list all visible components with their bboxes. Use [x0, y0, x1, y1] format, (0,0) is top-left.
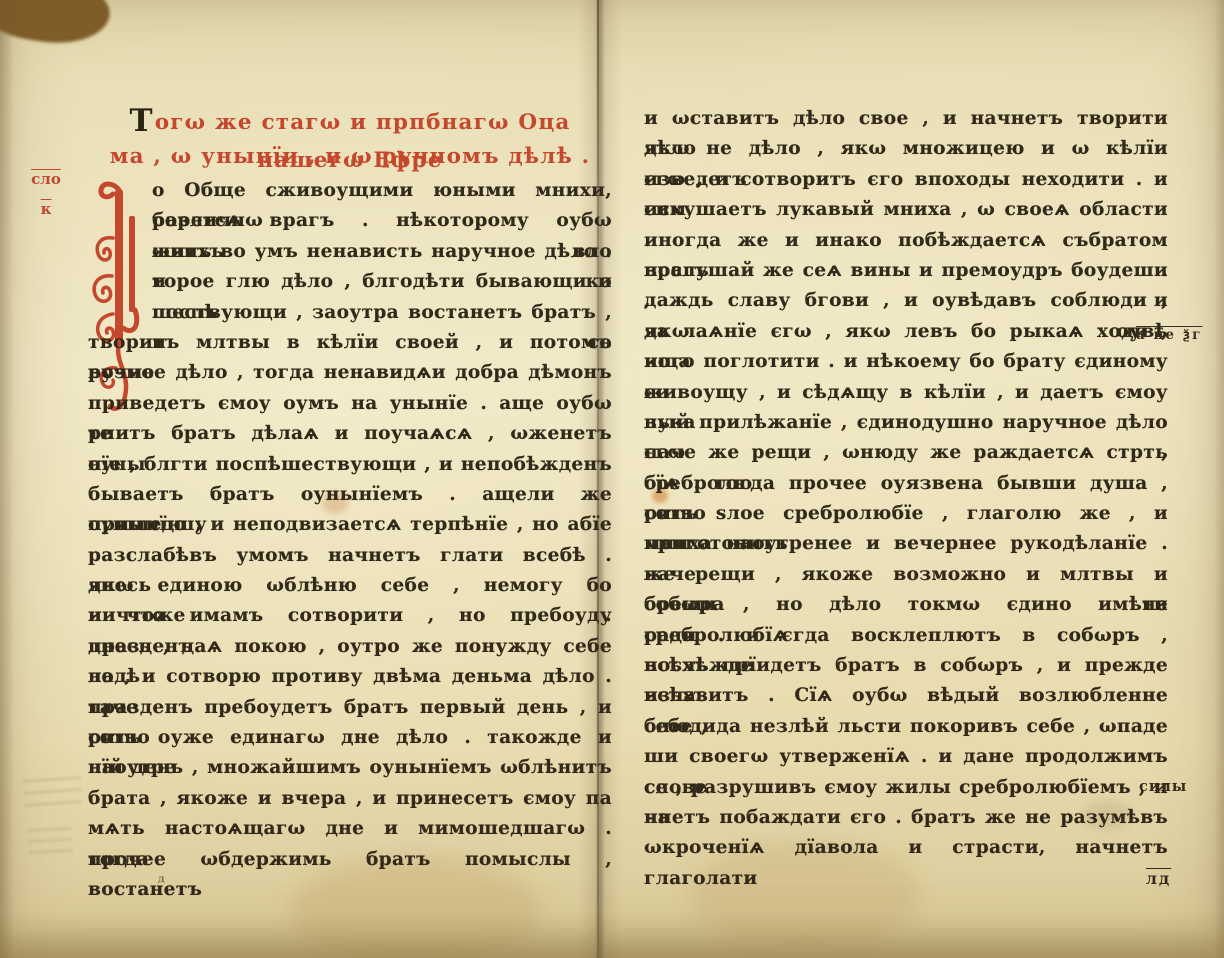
text-line: ради . и єгда восклеплютъ в собωръ , пос…	[644, 621, 1168, 651]
text-line: ритъ оуже единагω дне дѣло . такожде и н…	[88, 723, 612, 753]
margin-note-chapter: сло к	[20, 164, 72, 224]
text-line: чнетъ побаждати єго . братъ же не разумѣ…	[644, 803, 1168, 833]
text-line: разслабѣвъ умомъ начнетъ глати всебѣ . д…	[88, 541, 612, 571]
right-page-text: и ωставитъ дѣло свое , и начнетъ творити…	[644, 104, 1168, 864]
text-line: бываетъ братъ оунынїемъ . ащели же прише…	[88, 480, 612, 510]
text-line: приведетъ ємоу оумъ на унынїе . аще оубω…	[88, 389, 612, 419]
text-line: нїй день , множайшимъ оунынїемъ ωблѣнитъ	[88, 753, 612, 783]
text-line: шествующи , заоутра востанетъ братъ , и …	[88, 298, 612, 328]
text-line: брата , якоже и вчера , и принесетъ ємоу…	[88, 784, 612, 814]
text-line: мѧть настоѧщагω дне и мимошедшагω . тогд…	[88, 814, 612, 844]
text-line: иногда же и инако побѣждаетсѧ събратом в…	[644, 226, 1168, 256]
text-line: боретсѧ врагъ . нѣкоторому оубω ωнихъ вл…	[88, 206, 612, 236]
text-line: да лаѧнїе єгω , якω левъ бо рыкаѧ ходи ,…	[644, 317, 1168, 347]
left-page: Тогω же стагω и прпбнагω Оца нашегω Ефре…	[88, 102, 612, 174]
text-line: якω не дѣло , якω множицею и ω кѣлїи изв…	[644, 134, 1168, 164]
show-through-mark	[27, 827, 72, 855]
text-line: послушай же сеѧ вины и премоудръ боудеши…	[644, 256, 1168, 286]
margin-note-reference: а пе ѯг	[1136, 327, 1202, 343]
text-line: кого поглотити . и нѣкоему бо брату єдин…	[644, 347, 1168, 377]
text-line: ши своегω утверженїѧ . и дане продолжимъ…	[644, 742, 1168, 772]
chapter-number: к	[20, 194, 72, 224]
text-line: оунынїю , и неподвизаетсѧ терпѣнїе , но …	[88, 510, 612, 540]
text-line: даждь славу бгови , и оувѣдавъ соблюди ,…	[644, 286, 1168, 316]
margin-note-correction: силы	[1139, 778, 1187, 795]
text-line: мниха наоутренее и вечернее рукодѣланїе …	[644, 529, 1168, 559]
text-line: прочее ωбдержимь братъ помыслы , востане…	[88, 845, 612, 875]
text-line: излазитъ . Сїѧ оубω вѣдый возлюбленне бл…	[644, 681, 1168, 711]
chapter-word: сло	[20, 164, 72, 194]
text-line: ωкроченїѧ дїавола и страсти, начнетъ гла…	[644, 833, 1168, 863]
folio-number: лд	[1146, 869, 1171, 888]
text-line: о Обще сживоущими юными мнихи, различнω	[88, 176, 612, 206]
text-line: се , разрушивъ ємоу жилы сребролюбїемъ ,…	[644, 773, 1168, 803]
text-line: житъ во умъ ненависть наручное дѣло . и …	[88, 237, 612, 267]
text-line: себе , да незлѣй льсти покоривъ себе , ω…	[644, 712, 1168, 742]
text-line: якω единою ωблѣню себе , немогу бо ничто…	[88, 571, 612, 601]
text-line: искушаетъ лукавый мниха , ω своеѧ област…	[644, 195, 1168, 225]
text-line: вый прилѣжанїе , єдинодушно наручное дѣл…	[644, 408, 1168, 438]
text-line: ло , и сотворю противу двѣма деньма дѣло…	[88, 662, 612, 692]
corner-stain	[0, 0, 115, 53]
quire-mark: д	[158, 874, 165, 885]
text-line: и что имамъ сотворити , но пребоуду праз…	[88, 601, 612, 631]
text-line: рпитъ братъ дѣлаѧ и поучаѧсѧ , ωженетъ о…	[88, 419, 612, 449]
chapter-heading-line-2: ма , ω унынїи , и ω ручномъ дѣлѣ .	[88, 140, 612, 174]
text-line: празденъ пребоудетъ братъ первый день , …	[88, 693, 612, 723]
heading-initial: Т	[129, 103, 154, 139]
text-line: єгω , и сотворитъ єго впоходы неходити .…	[644, 165, 1168, 195]
show-through-mark	[23, 776, 83, 814]
text-line: ритъ ѕлое сребролюбїе , глаголю же , и п…	[644, 499, 1168, 529]
text-line: и ωставитъ дѣло свое , и начнетъ творити…	[644, 104, 1168, 134]
text-line: брещи , но дѣло токмω єдино имѣти сребро…	[644, 590, 1168, 620]
text-line: нїе , блгти поспѣшествующи , и непобѣжде…	[88, 450, 612, 480]
text-line: бїѧ . тогда прочее оуязвена бывши душа ,…	[644, 469, 1168, 499]
text-line: торое глю дѣло , блгодѣти бывающи и посп…	[88, 267, 612, 297]
text-line: всѣхъ прїидетъ братъ в собωръ , и прежде…	[644, 651, 1168, 681]
text-line: паче же рещи , ωнюду же раждаетсѧ стрть …	[644, 438, 1168, 468]
text-line: живоущу , и сѣдѧщу в кѣлїи , и даетъ ємо…	[644, 378, 1168, 408]
book-spread: сло к Тогω же стагω и прпбнагω Оца нашег…	[0, 0, 1224, 958]
text-line: же рещи , якоже возможно и млтвы и собωр…	[644, 560, 1168, 590]
text-line: днесь , даѧ покою , оутро же понужду себ…	[88, 632, 612, 662]
chapter-heading-line-1: Тогω же стагω и прпбнагω Оца нашегω Ефре	[88, 102, 612, 140]
text-line: ручное дѣло , тогда ненавидѧи добра дѣмо…	[88, 358, 612, 388]
left-page-text: о Обще сживоущими юными мнихи, различнωб…	[88, 176, 612, 875]
text-line: творитъ млтвы в кѣлїи своей , и потомъ в…	[88, 328, 612, 358]
